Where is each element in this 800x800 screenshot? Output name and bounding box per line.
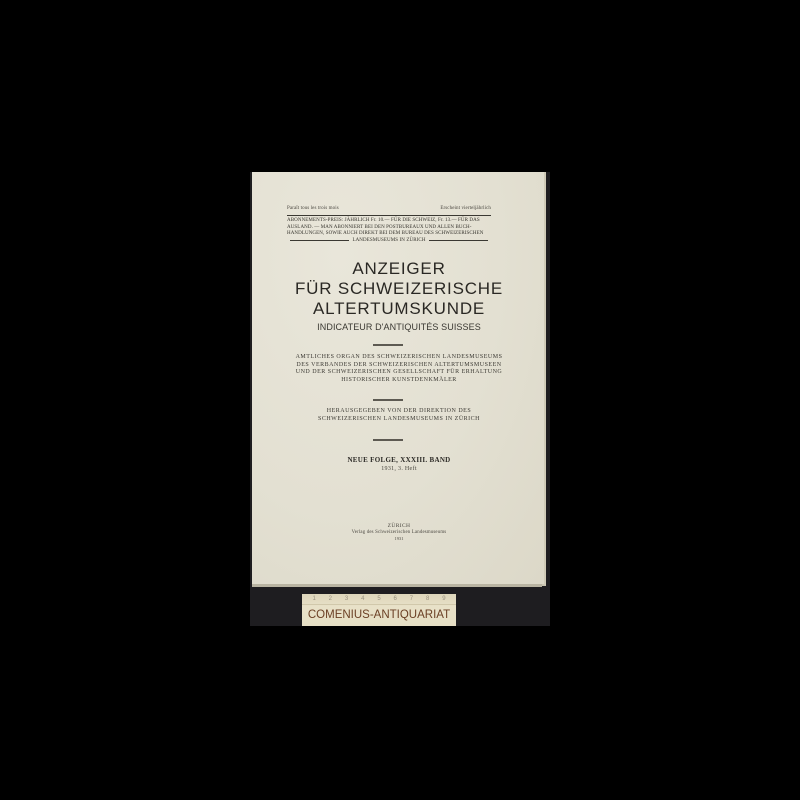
subscription-line: ABONNEMENTS-PREIS: JÄHRLICH Fr. 10.— FÜR… bbox=[287, 218, 491, 225]
frequency-note-fr: Paraît tous les trois mois bbox=[287, 206, 339, 211]
journal-title: ANZEIGER FÜR SCHWEIZERISCHE ALTERTUMSKUN… bbox=[252, 259, 546, 334]
editor-line: SCHWEIZERISCHEN LANDESMUSEUMS IN ZÜRICH bbox=[252, 416, 546, 424]
ruler-mark: 6 bbox=[394, 594, 397, 604]
subscription-line: LANDESMUSEUMS IN ZÜRICH bbox=[352, 238, 425, 245]
subscription-notice: ABONNEMENTS-PREIS: JÄHRLICH Fr. 10.— FÜR… bbox=[287, 218, 491, 244]
ruler-mark: 2 bbox=[329, 594, 332, 604]
divider bbox=[429, 240, 488, 241]
organ-line: AMTLICHES ORGAN DES SCHWEIZERISCHEN LAND… bbox=[252, 354, 546, 362]
volume-issue: 1931, 3. Heft bbox=[252, 465, 546, 473]
ruler-mark: 4 bbox=[361, 594, 364, 604]
ruler-mark: 7 bbox=[410, 594, 413, 604]
title-french: INDICATEUR D'ANTIQUITÉS SUISSES bbox=[252, 320, 546, 334]
ruler-mark: 5 bbox=[377, 594, 380, 604]
imprint: ZÜRICH Verlag des Schweizerischen Landes… bbox=[252, 523, 546, 542]
ruler-mark: 3 bbox=[345, 594, 348, 604]
frequency-note-de: Erscheint vierteljährlich bbox=[440, 206, 491, 211]
divider bbox=[290, 240, 349, 241]
title-line-3: ALTERTUMSKUNDE bbox=[252, 299, 546, 319]
header-rule bbox=[287, 215, 491, 216]
ruler-mark: 8 bbox=[426, 594, 429, 604]
official-organ-statement: AMTLICHES ORGAN DES SCHWEIZERISCHEN LAND… bbox=[252, 354, 546, 384]
dealer-name: COMENIUS-ANTIQUARIAT bbox=[302, 607, 456, 623]
ruler-mark: 9 bbox=[442, 594, 445, 604]
editor-statement: HERAUSGEGEBEN VON DER DIREKTION DES SCHW… bbox=[252, 408, 546, 424]
divider bbox=[373, 344, 403, 346]
organ-line: UND DER SCHWEIZERISCHEN GESELLSCHAFT FÜR… bbox=[252, 369, 546, 377]
subscription-last-line: LANDESMUSEUMS IN ZÜRICH bbox=[287, 238, 491, 245]
editor-line: HERAUSGEGEBEN VON DER DIREKTION DES bbox=[252, 408, 546, 416]
ruler-mark: 1 bbox=[312, 594, 315, 604]
dealer-label: 1 2 3 4 5 6 7 8 9 COMENIUS-ANTIQUARIAT bbox=[302, 594, 456, 626]
organ-line: HISTORISCHER KUNSTDENKMÄLER bbox=[252, 377, 546, 385]
journal-cover: Paraît tous les trois mois Erscheint vie… bbox=[252, 172, 546, 586]
measurement-ruler: 1 2 3 4 5 6 7 8 9 bbox=[302, 594, 456, 605]
title-line-1: ANZEIGER bbox=[252, 259, 546, 279]
imprint-city: ZÜRICH bbox=[252, 523, 546, 530]
photo-stage: Paraît tous les trois mois Erscheint vie… bbox=[0, 0, 800, 800]
volume-info: NEUE FOLGE, XXXIII. BAND 1931, 3. Heft bbox=[252, 456, 546, 473]
divider bbox=[373, 399, 403, 401]
imprint-year: 1931 bbox=[252, 536, 546, 542]
paper-bottom-edge bbox=[252, 584, 542, 587]
title-line-2: FÜR SCHWEIZERISCHE bbox=[252, 279, 546, 299]
volume-series: NEUE FOLGE, XXXIII. BAND bbox=[252, 456, 546, 465]
divider bbox=[373, 439, 403, 441]
